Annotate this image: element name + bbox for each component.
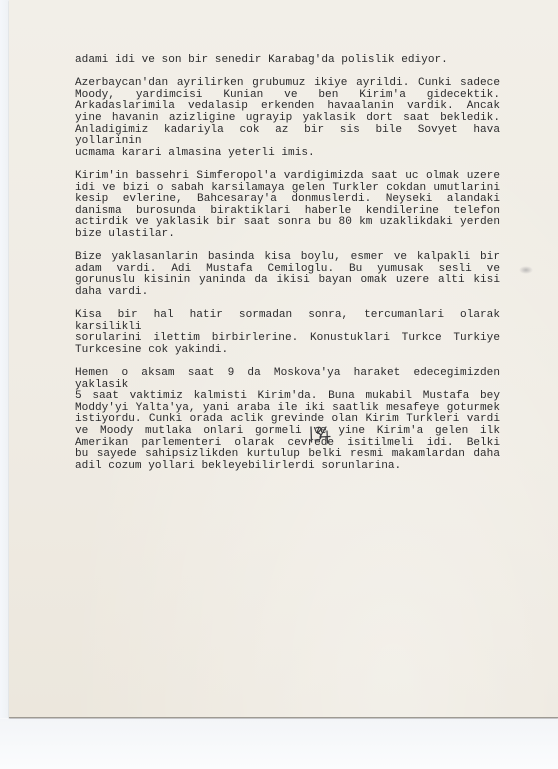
text-line: Bize yaklasanlarin basinda kisa boylu, e… — [75, 252, 500, 264]
paragraph: Azerbaycan'dan ayrilirken grubumuz ikiye… — [75, 78, 500, 159]
ink-smudge — [519, 266, 533, 274]
paragraph: adami idi ve son bir senedir Karabag'da … — [75, 55, 500, 67]
text-line: Kirim'in bassehri Simferopol'a vardigimi… — [75, 171, 500, 183]
paragraph: Kirim'in bassehri Simferopol'a vardigimi… — [75, 171, 500, 241]
text-line: kesip evlerine, Bahcesaray'a donmuslerdi… — [75, 194, 500, 206]
handwritten-page-number: 14 — [308, 424, 332, 444]
paragraph: Kisa bir hal hatir sormadan sonra, tercu… — [75, 310, 500, 356]
text-line: ve Moody mutlaka onlari gormeli ve yine … — [75, 426, 500, 438]
text-line: adami idi ve son bir senedir Karabag'da … — [75, 55, 500, 67]
paragraph: Hemen o aksam saat 9 da Moskova'ya harak… — [75, 368, 500, 472]
text-line: ucmama karari almasina yeterli imis. — [75, 148, 500, 160]
paragraph: Bize yaklasanlarin basinda kisa boylu, e… — [75, 252, 500, 298]
text-line: daha vardi. — [75, 287, 500, 299]
scan-background — [0, 719, 558, 769]
typewritten-text-body: adami idi ve son bir senedir Karabag'da … — [75, 55, 500, 484]
text-line: Hemen o aksam saat 9 da Moskova'ya harak… — [75, 368, 500, 391]
text-line: Kisa bir hal hatir sormadan sonra, tercu… — [75, 310, 500, 333]
scan-left-margin — [0, 0, 9, 718]
text-line: Anladigimiz kadariyla cok az bir sis bil… — [75, 125, 500, 148]
text-line: yine havanin azizligine ugrayip yaklasik… — [75, 113, 500, 125]
text-line: adil cozum yollari bekleyebilirlerdi sor… — [75, 461, 500, 473]
text-line: Turkcesine cok yakindi. — [75, 345, 500, 357]
text-line: bize ulastilar. — [75, 229, 500, 241]
